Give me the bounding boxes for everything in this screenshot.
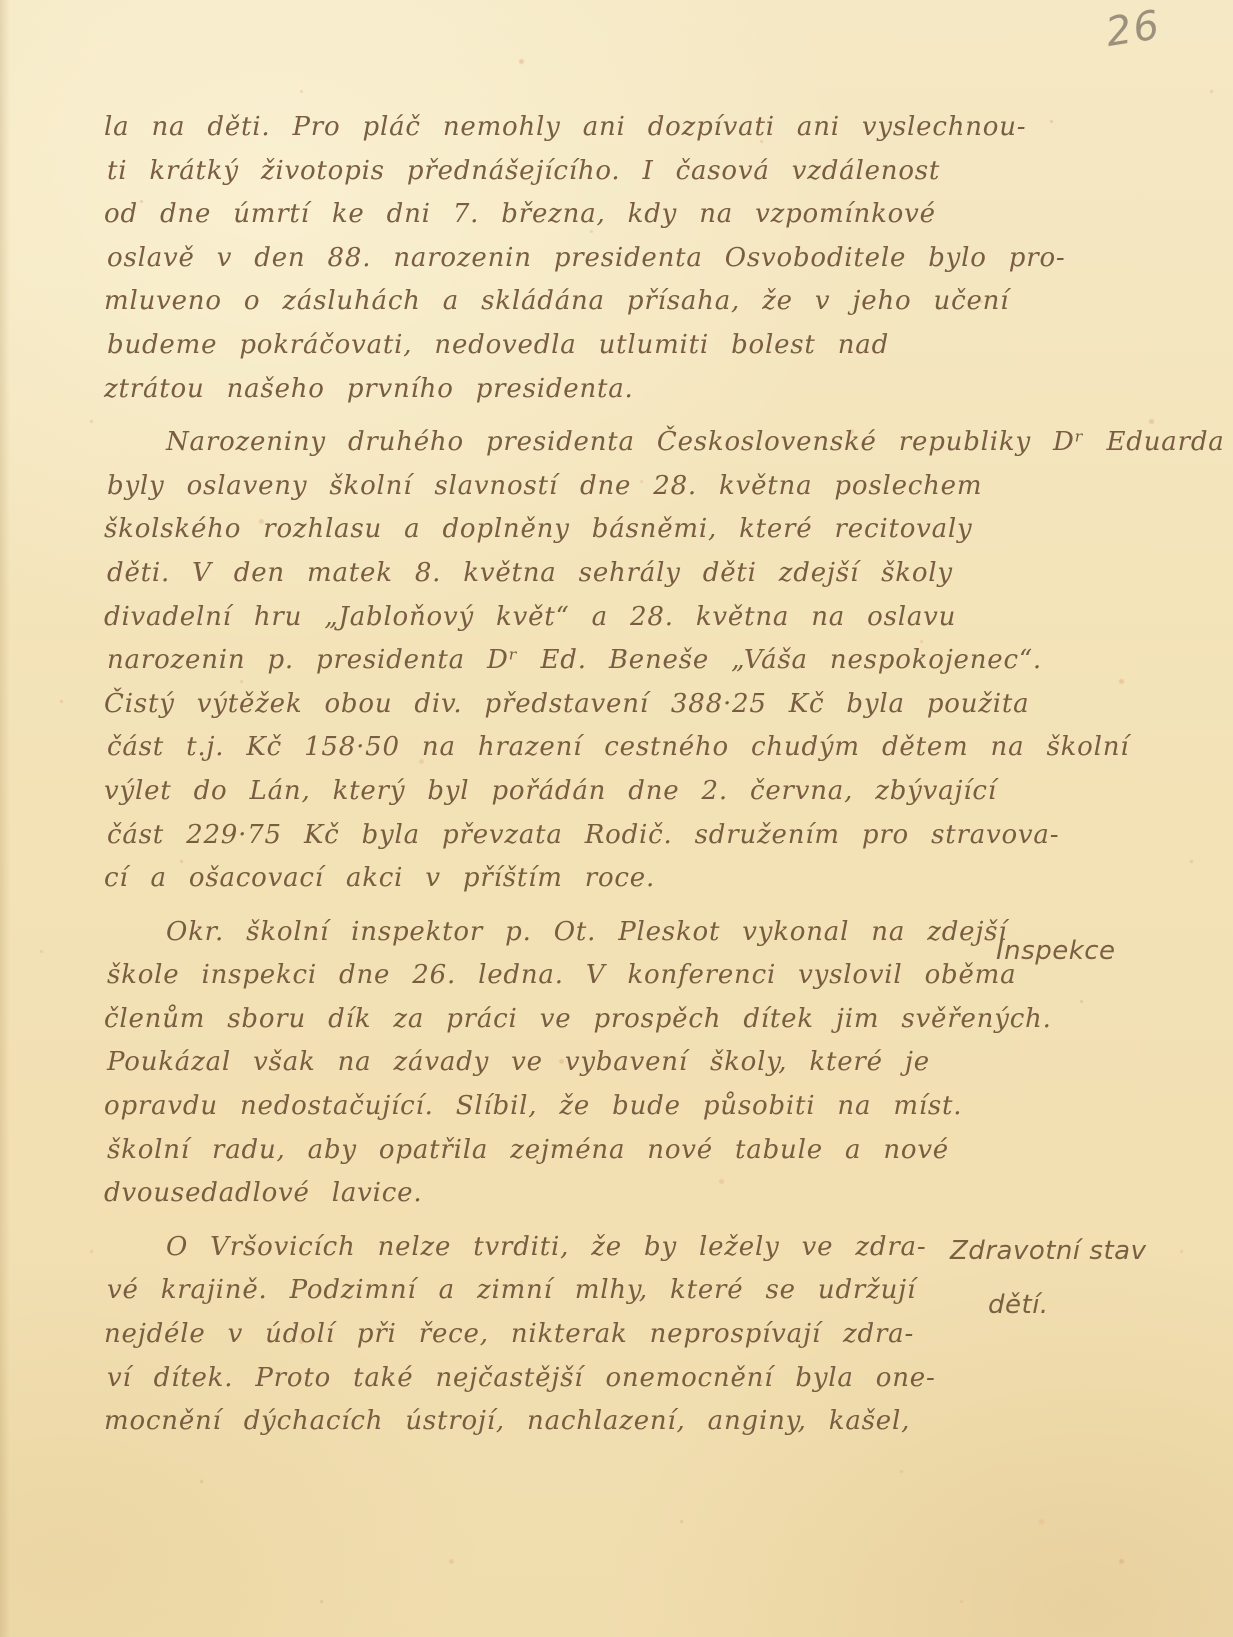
margin-note: Zdravotní stav <box>950 1236 1146 1266</box>
text-line: Okr. školní inspektor p. Ot. Pleskot vyk… <box>104 917 936 961</box>
text-line: ví dítek. Proto také nejčastější onemocn… <box>107 1363 939 1407</box>
text-line: část 229·75 Kč byla převzata Rodič. sdru… <box>107 820 939 864</box>
text-line: mluveno o zásluhách a skládána přísaha, … <box>104 286 936 330</box>
text-line: členům sboru dík za práci ve prospěch dí… <box>104 1004 936 1048</box>
chronicle-page: 26 la na děti. Pro pláč nemohly ani dozp… <box>0 0 1233 1637</box>
margin-note: dětí. <box>988 1290 1049 1320</box>
text-line: část t.j. Kč 158·50 na hrazení cestného … <box>107 732 939 776</box>
paragraph: Narozeniny druhého presidenta Českoslove… <box>104 427 936 907</box>
document-body: la na děti. Pro pláč nemohly ani dozpíva… <box>104 112 936 1450</box>
text-line: Narozeniny druhého presidenta Českoslove… <box>104 427 936 471</box>
text-line: děti. V den matek 8. května sehrály děti… <box>107 558 939 602</box>
text-line: la na děti. Pro pláč nemohly ani dozpíva… <box>104 112 936 156</box>
paper-foxing-speckles <box>0 0 3 3</box>
paragraph: Okr. školní inspektor p. Ot. Pleskot vyk… <box>104 917 936 1222</box>
text-line: oslavě v den 88. narozenin presidenta Os… <box>107 243 939 287</box>
page-number: 26 <box>1103 2 1164 56</box>
text-line: narozenin p. presidenta Dʳ Ed. Beneše „V… <box>107 645 939 689</box>
paragraph: O Vršovicích nelze tvrditi, že by ležely… <box>104 1232 936 1450</box>
text-line: O Vršovicích nelze tvrditi, že by ležely… <box>104 1232 936 1276</box>
text-line: školského rozhlasu a doplněny básněmi, k… <box>104 514 936 558</box>
text-line: Čistý výtěžek obou div. představení 388·… <box>104 689 936 733</box>
text-line: výlet do Lán, který byl pořádán dne 2. č… <box>104 776 936 820</box>
text-line: mocnění dýchacích ústrojí, nachlazení, a… <box>104 1406 936 1450</box>
text-line: budeme pokráčovati, nedovedla utlumiti b… <box>107 330 939 374</box>
text-line: cí a ošacovací akci v příštím roce. <box>104 863 936 907</box>
text-line: dvousedadlové lavice. <box>104 1178 936 1222</box>
text-line: Poukázal však na závady ve vybavení škol… <box>107 1047 939 1091</box>
text-line: od dne úmrtí ke dni 7. března, kdy na vz… <box>104 199 936 243</box>
margin-note: Inspekce <box>996 936 1116 966</box>
text-line: škole inspekci dne 26. ledna. V konferen… <box>107 960 939 1004</box>
text-line: vé krajině. Podzimní a zimní mlhy, které… <box>107 1275 939 1319</box>
text-line: školní radu, aby opatřila zejména nové t… <box>107 1135 939 1179</box>
text-line: ti krátký životopis přednášejícího. I ča… <box>107 156 939 200</box>
text-line: ztrátou našeho prvního presidenta. <box>104 374 936 418</box>
text-line: byly oslaveny školní slavností dne 28. k… <box>107 471 939 515</box>
text-line: nejdéle v údolí při řece, nikterak nepro… <box>104 1319 936 1363</box>
text-line: divadelní hru „Jabloňový květ“ a 28. kvě… <box>104 602 936 646</box>
paragraph: la na děti. Pro pláč nemohly ani dozpíva… <box>104 112 936 417</box>
text-line: opravdu nedostačující. Slíbil, že bude p… <box>104 1091 936 1135</box>
